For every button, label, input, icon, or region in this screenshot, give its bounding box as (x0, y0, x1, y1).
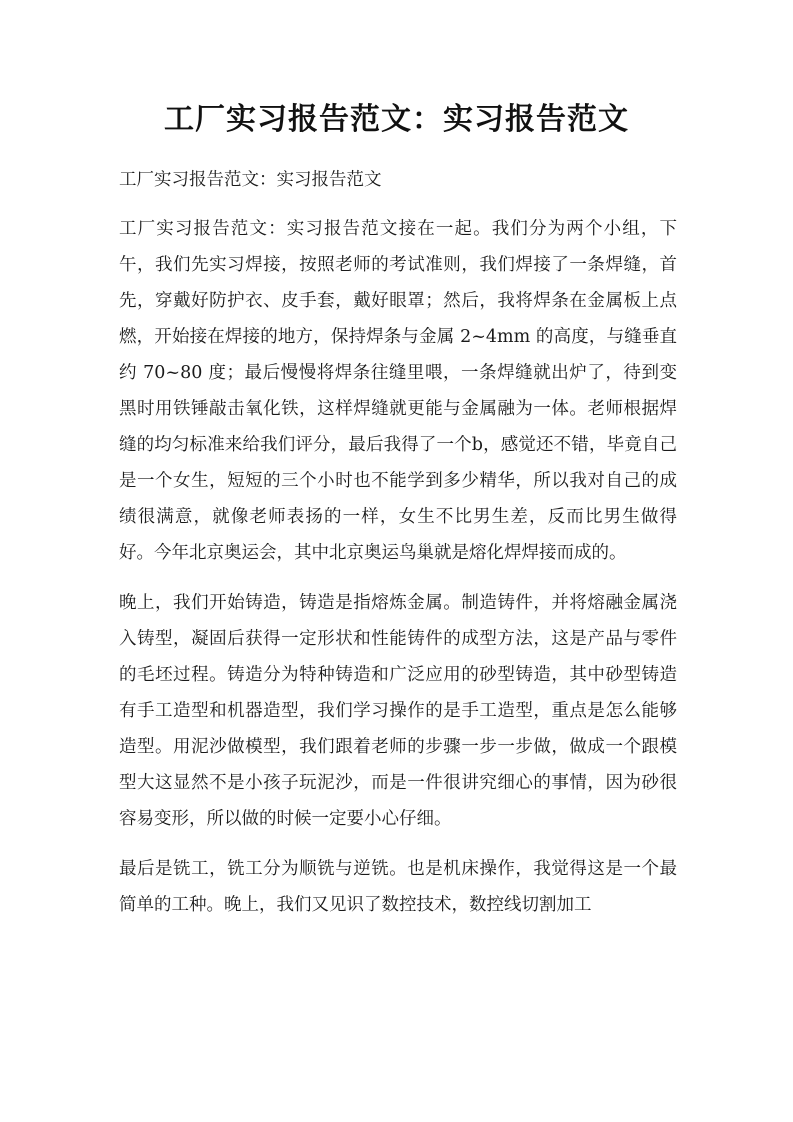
paragraph-milling: 最后是铣工，铣工分为顺铣与逆铣。也是机床操作，我觉得这是一个最简单的工种。晚上，… (119, 851, 677, 923)
paragraph-casting: 晚上，我们开始铸造，铸造是指熔炼金属。制造铸件，并将熔融金属浇入铸型，凝固后获得… (119, 585, 677, 837)
paragraph-welding: 工厂实习报告范文：实习报告范文接在一起。我们分为两个小组，下午，我们先实习焊接，… (119, 211, 677, 571)
document-body: 工厂实习报告范文：实习报告范文接在一起。我们分为两个小组，下午，我们先实习焊接，… (119, 211, 677, 937)
document-subtitle: 工厂实习报告范文：实习报告范文 (119, 167, 382, 193)
document-title: 工厂实习报告范文：实习报告范文 (0, 94, 793, 138)
